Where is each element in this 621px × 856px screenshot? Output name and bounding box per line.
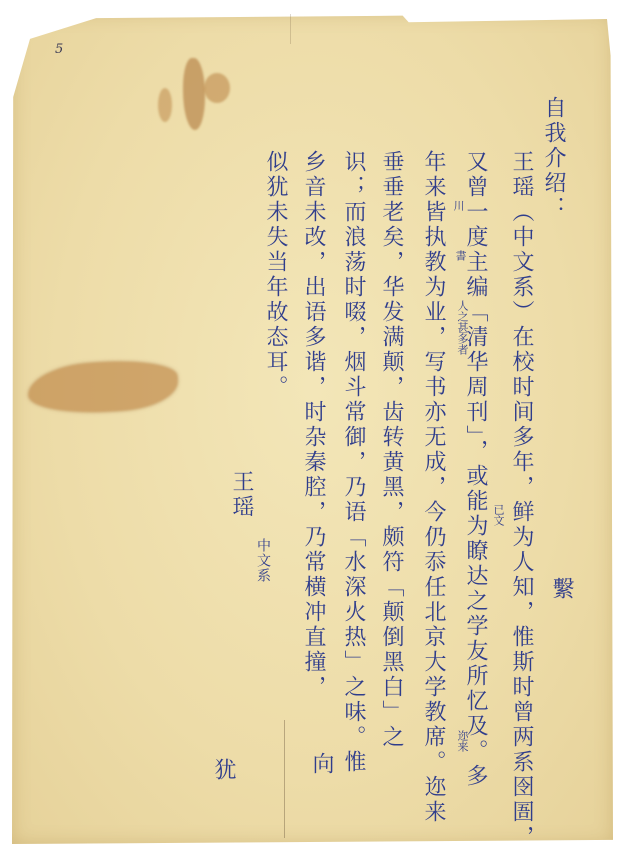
signature-dept: 中文系 <box>250 538 276 583</box>
marginal-insert-4: 人之甚多者 <box>454 300 470 355</box>
water-stain-top-right <box>204 73 230 103</box>
marginal-insert-3: 書 <box>452 250 468 261</box>
page-number: 5 <box>55 42 63 57</box>
text-column-7: 似犹未失当年故态耳。 <box>262 150 288 400</box>
bottom-mark-right: 向 <box>308 752 334 777</box>
marginal-note-top-right: 繫 <box>548 577 574 602</box>
letter-title: 自我介绍： <box>540 96 566 221</box>
fold-crease-top <box>290 14 291 44</box>
water-stain-top <box>183 58 205 130</box>
marginal-insert-1: 已文 <box>490 504 506 526</box>
marginal-insert-5: 迩来 <box>454 730 470 752</box>
marginal-insert-2: 川 <box>450 200 466 211</box>
bottom-mark-left: 犹 <box>210 758 236 783</box>
water-stain-top-left <box>158 88 172 122</box>
text-column-4: 垂垂老矣，华发满颠，齿转黄黑，颇符「颠倒黑白」之 <box>378 150 404 750</box>
text-column-3: 年来皆执教为业，写书亦无成，今仍忝任北京大学教席。迩来 <box>420 150 446 825</box>
text-column-6: 乡音未改，出语多谐，时杂秦腔，乃常横冲直撞， <box>300 150 326 700</box>
text-column-5: 识；而浪荡时啜，烟斗常御，乃语「水深火热」之味。惟 <box>340 150 366 775</box>
signature-name: 王瑶 <box>228 470 254 520</box>
text-column-1: 王瑶（中文系）在校时间多年，鲜为人知，惟斯时曾两系囹圄， <box>508 150 534 850</box>
fold-crease <box>284 720 285 838</box>
text-column-2: 又曾一度主编「清华周刊」，或能为瞭达之学友所忆及。多 <box>462 150 488 789</box>
